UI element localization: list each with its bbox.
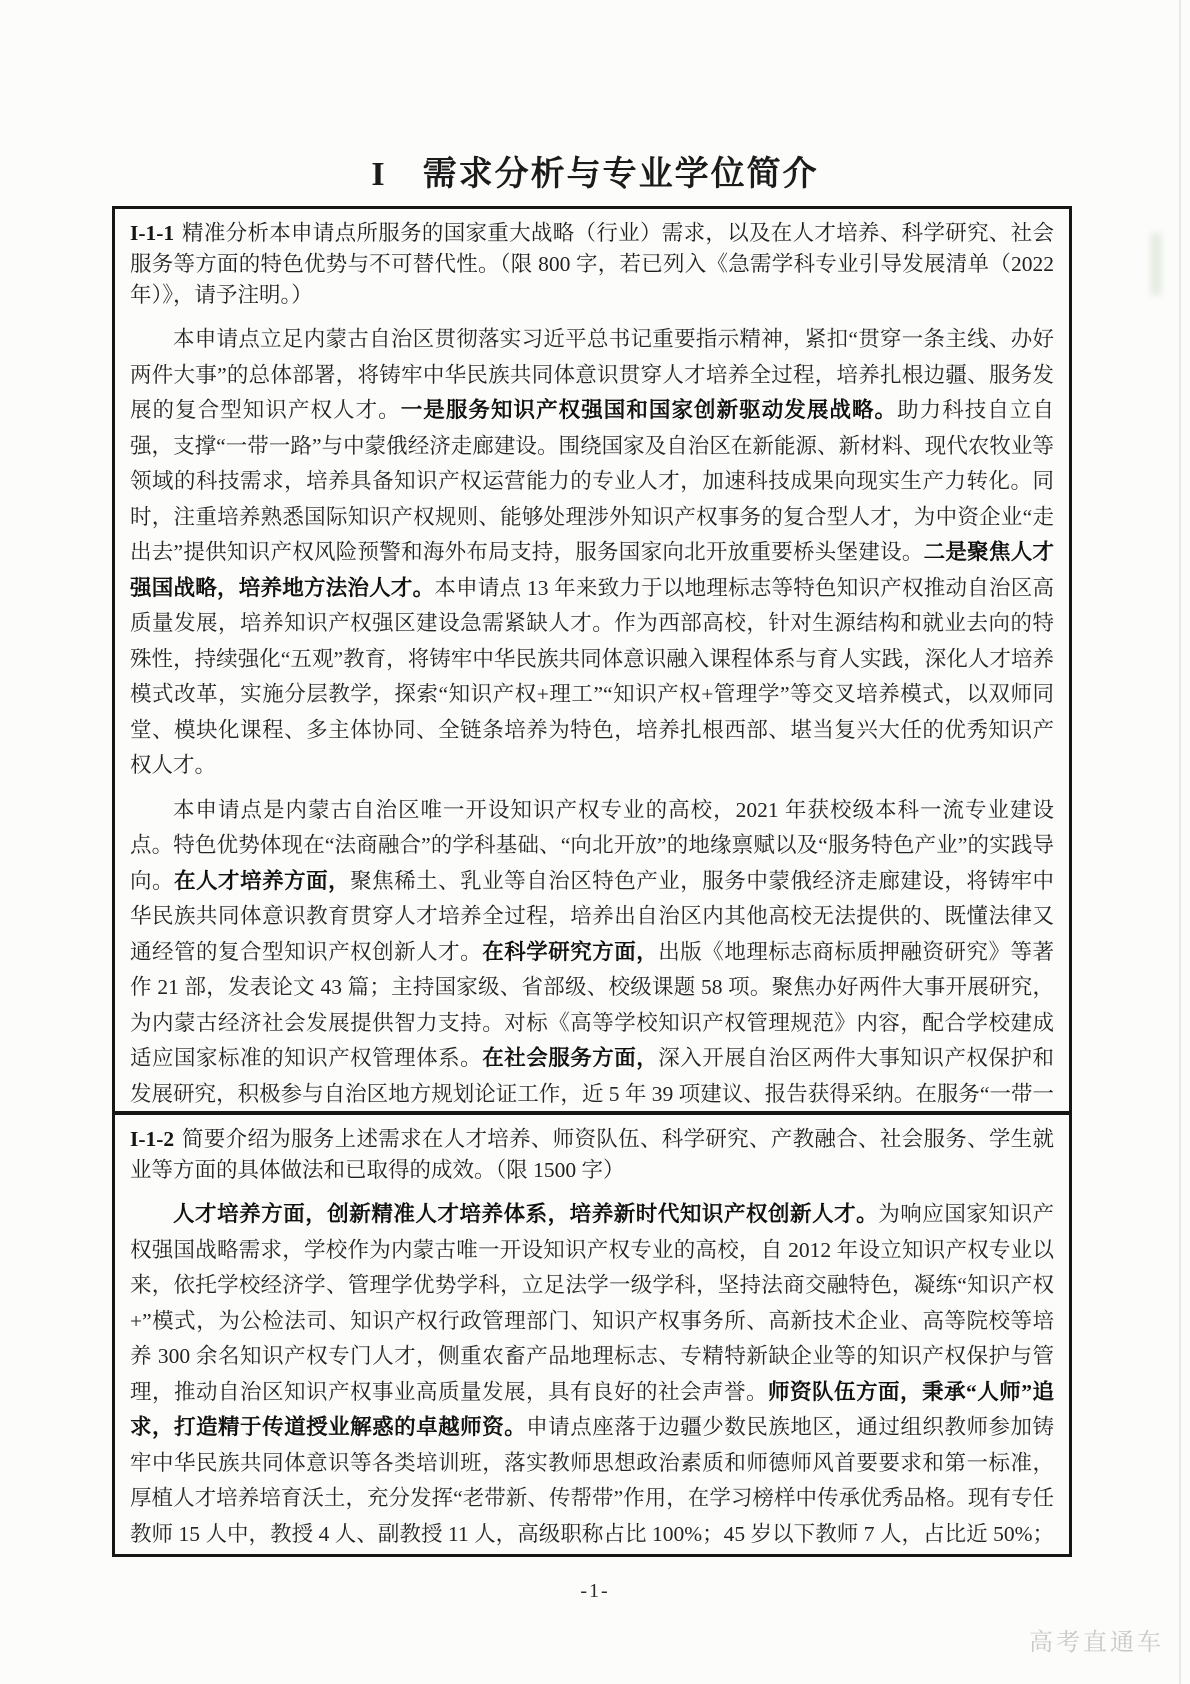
scan-artifact-smudge (1150, 232, 1162, 296)
question-text: 精准分析本申请点所服务的国家重大战略（行业）需求，以及在人才培养、科学研究、社会… (130, 221, 1054, 307)
question-prompt: I-1-1精准分析本申请点所服务的国家重大战略（行业）需求，以及在人才培养、科学… (130, 218, 1054, 311)
answer-bold-run: 在社会服务方面， (482, 1046, 658, 1070)
answer-bold-run: 一是服务知识产权强国和国家创新驱动发展战略。 (401, 398, 897, 422)
question-text: 简要介绍为服务上述需求在人才培养、师资队伍、科学研究、产教融合、社会服务、学生就… (130, 1127, 1054, 1182)
answer-paragraph: 人才培养方面，创新精准人才培养体系，培养新时代知识产权创新人才。为响应国家知识产… (130, 1197, 1054, 1554)
answer-area: 本申请点立足内蒙古自治区贯彻落实习近平总书记重要指示精神，紧扣“贯穿一条主线、办… (130, 322, 1054, 1111)
scan-artifact-line (1179, 0, 1181, 1684)
question-id: I-1-1 (130, 221, 174, 245)
page-title: I 需求分析与专业学位简介 (0, 146, 1190, 195)
watermark: 高考直通车 (1029, 1622, 1164, 1657)
answer-text-run: 助力科技自立自强，支撑“一带一路”与中蒙俄经济走廊建设。围绕国家及自治区在新能源… (130, 398, 1054, 564)
answer-paragraph: 本申请点立足内蒙古自治区贯彻落实习近平总书记重要指示精神，紧扣“贯穿一条主线、办… (130, 322, 1054, 784)
answer-text-run: 本申请点 13 年来致力于以地理标志等特色知识产权推动自治区高质量发展，培养知识… (130, 576, 1054, 778)
answer-bold-run: 在科学研究方面， (482, 940, 658, 964)
question-id: I-1-2 (130, 1127, 174, 1151)
answer-bold-run: 人才培养方面，创新精准人才培养体系，培养新时代知识产权创新人才。 (173, 1202, 878, 1226)
application-form-table: I-1-1精准分析本申请点所服务的国家重大战略（行业）需求，以及在人才培养、科学… (112, 206, 1072, 1557)
document-page: I 需求分析与专业学位简介 I-1-1精准分析本申请点所服务的国家重大战略（行业… (0, 0, 1190, 1684)
question-prompt: I-1-2简要介绍为服务上述需求在人才培养、师资队伍、科学研究、产教融合、社会服… (130, 1124, 1054, 1186)
section-i-1-1: I-1-1精准分析本申请点所服务的国家重大战略（行业）需求，以及在人才培养、科学… (115, 209, 1069, 1111)
answer-bold-run: 在人才培养方面， (174, 869, 350, 893)
answer-paragraph: 本申请点是内蒙古自治区唯一开设知识产权专业的高校，2021 年获校级本科一流专业… (130, 793, 1054, 1112)
section-i-1-2: I-1-2简要介绍为服务上述需求在人才培养、师资队伍、科学研究、产教融合、社会服… (115, 1111, 1069, 1554)
answer-area: 人才培养方面，创新精准人才培养体系，培养新时代知识产权创新人才。为响应国家知识产… (130, 1197, 1054, 1554)
page-number: -1- (0, 1580, 1190, 1603)
answer-text-run: 为响应国家知识产权强国战略需求，学校作为内蒙古唯一开设知识产权专业的高校，自 2… (130, 1202, 1054, 1404)
